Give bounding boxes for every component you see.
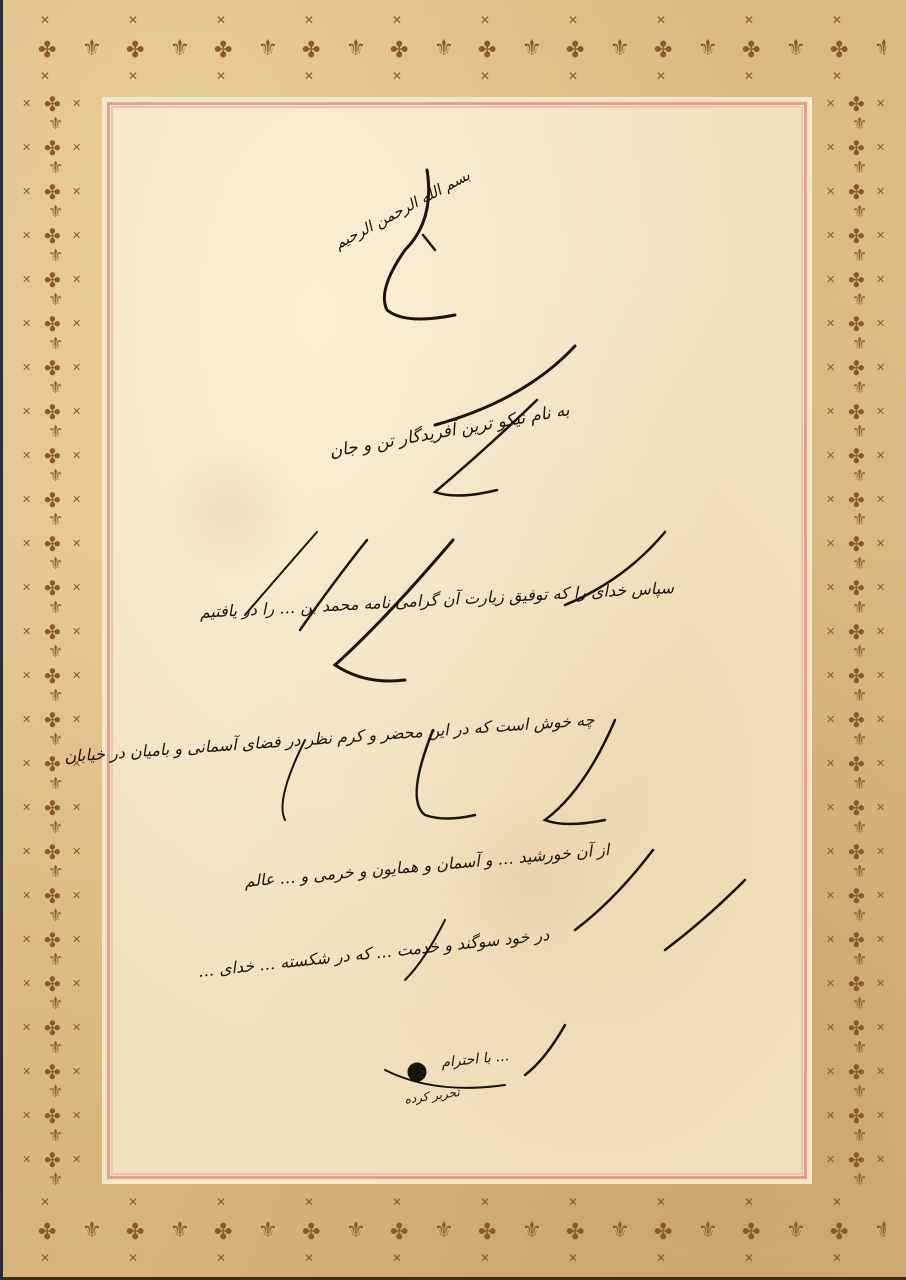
border-cross-icon: ✕ [876, 934, 885, 945]
border-cross-icon: ✕ [22, 142, 31, 153]
border-cross-icon: ✕ [826, 98, 835, 109]
border-cross-icon: ✕ [22, 978, 31, 989]
border-cross-icon: ✕ [22, 494, 31, 505]
border-cross-icon: ✕ [392, 14, 402, 26]
border-flower-icon: ✤ [478, 1222, 496, 1244]
border-cross-icon: ✕ [304, 1196, 314, 1208]
border-flower-icon: ✤ [478, 40, 496, 62]
border-cross-icon: ✕ [826, 890, 835, 901]
border-cross-icon: ✕ [22, 802, 31, 813]
border-fleur-icon: ⚜ [522, 38, 542, 60]
border-fleur-icon: ⚜ [48, 952, 63, 969]
border-cross-icon: ✕ [876, 1110, 885, 1121]
border-cross-icon: ✕ [656, 1252, 666, 1264]
border-cross-icon: ✕ [876, 230, 885, 241]
border-flower-icon: ✤ [44, 710, 61, 730]
border-cross-icon: ✕ [826, 450, 835, 461]
border-cross-icon: ✕ [72, 1110, 81, 1121]
border-fleur-icon: ⚜ [48, 688, 63, 705]
border-cross-icon: ✕ [876, 494, 885, 505]
border-fleur-icon: ⚜ [786, 38, 806, 60]
border-cross-icon: ✕ [72, 450, 81, 461]
border-flower-icon: ✤ [44, 358, 61, 378]
border-fleur-icon: ⚜ [258, 38, 278, 60]
border-cross-icon: ✕ [480, 70, 490, 82]
border-cross-icon: ✕ [22, 758, 31, 769]
border-fleur-icon: ⚜ [48, 1172, 63, 1186]
border-flower-icon: ✤ [848, 754, 865, 774]
decorative-border-right: ✕✤✕⚜✕✤✕⚜✕✤✕⚜✕✤✕⚜✕✤✕⚜✕✤✕⚜✕✤✕⚜✕✤✕⚜✕✤✕⚜✕✤✕⚜… [812, 90, 904, 1186]
border-flower-icon: ✤ [830, 1222, 848, 1244]
border-fleur-icon: ⚜ [48, 1128, 63, 1145]
border-flower-icon: ✤ [44, 930, 61, 950]
border-flower-icon: ✤ [848, 930, 865, 950]
border-cross-icon: ✕ [826, 274, 835, 285]
border-flower-icon: ✤ [44, 666, 61, 686]
border-fleur-icon: ⚜ [434, 1220, 454, 1242]
border-cross-icon: ✕ [22, 582, 31, 593]
border-cross-icon: ✕ [826, 714, 835, 725]
border-cross-icon: ✕ [876, 186, 885, 197]
border-cross-icon: ✕ [480, 1252, 490, 1264]
border-flower-icon: ✤ [44, 842, 61, 862]
border-fleur-icon: ⚜ [852, 820, 867, 837]
border-fleur-icon: ⚜ [852, 424, 867, 441]
border-flower-icon: ✤ [44, 226, 61, 246]
border-fleur-icon: ⚜ [610, 1220, 630, 1242]
border-flower-icon: ✤ [848, 402, 865, 422]
border-fleur-icon: ⚜ [698, 38, 718, 60]
border-cross-icon: ✕ [304, 1252, 314, 1264]
border-cross-icon: ✕ [876, 802, 885, 813]
border-fleur-icon: ⚜ [258, 1220, 278, 1242]
border-flower-icon: ✤ [566, 40, 584, 62]
border-cross-icon: ✕ [656, 14, 666, 26]
border-cross-icon: ✕ [832, 14, 842, 26]
border-cross-icon: ✕ [826, 626, 835, 637]
decorative-border-bottom: ✕✤✕⚜✕✤✕⚜✕✤✕⚜✕✤✕⚜✕✤✕⚜✕✤✕⚜✕✤✕⚜✕✤✕⚜✕✤✕⚜✕✤✕⚜ [20, 1186, 886, 1276]
border-fleur-icon: ⚜ [48, 1040, 63, 1057]
border-flower-icon: ✤ [126, 1222, 144, 1244]
border-flower-icon: ✤ [742, 40, 760, 62]
border-cross-icon: ✕ [72, 142, 81, 153]
border-cross-icon: ✕ [72, 538, 81, 549]
border-cross-icon: ✕ [744, 14, 754, 26]
border-cross-icon: ✕ [22, 406, 31, 417]
border-cross-icon: ✕ [128, 70, 138, 82]
border-flower-icon: ✤ [44, 534, 61, 554]
border-fleur-icon: ⚜ [48, 160, 63, 177]
border-cross-icon: ✕ [72, 98, 81, 109]
border-flower-icon: ✤ [44, 886, 61, 906]
border-cross-icon: ✕ [72, 362, 81, 373]
border-cross-icon: ✕ [216, 1252, 226, 1264]
border-fleur-icon: ⚜ [852, 1172, 867, 1186]
border-fleur-icon: ⚜ [852, 688, 867, 705]
border-cross-icon: ✕ [826, 846, 835, 857]
border-cross-icon: ✕ [72, 274, 81, 285]
border-cross-icon: ✕ [22, 1066, 31, 1077]
border-cross-icon: ✕ [22, 890, 31, 901]
border-cross-icon: ✕ [826, 1022, 835, 1033]
border-cross-icon: ✕ [876, 626, 885, 637]
border-fleur-icon: ⚜ [48, 1084, 63, 1101]
border-fleur-icon: ⚜ [170, 1220, 190, 1242]
border-cross-icon: ✕ [216, 14, 226, 26]
border-fleur-icon: ⚜ [48, 468, 63, 485]
border-fleur-icon: ⚜ [346, 1220, 366, 1242]
border-fleur-icon: ⚜ [48, 424, 63, 441]
border-cross-icon: ✕ [826, 670, 835, 681]
border-cross-icon: ✕ [216, 1196, 226, 1208]
border-cross-icon: ✕ [832, 1252, 842, 1264]
border-cross-icon: ✕ [22, 318, 31, 329]
border-cross-icon: ✕ [22, 274, 31, 285]
border-cross-icon: ✕ [826, 582, 835, 593]
border-fleur-icon: ⚜ [48, 116, 63, 133]
border-flower-icon: ✤ [848, 138, 865, 158]
border-fleur-icon: ⚜ [852, 292, 867, 309]
border-fleur-icon: ⚜ [852, 732, 867, 749]
border-cross-icon: ✕ [40, 14, 50, 26]
border-flower-icon: ✤ [302, 40, 320, 62]
border-fleur-icon: ⚜ [852, 1040, 867, 1057]
border-cross-icon: ✕ [72, 1154, 81, 1165]
border-flower-icon: ✤ [848, 1018, 865, 1038]
border-cross-icon: ✕ [22, 714, 31, 725]
border-fleur-icon: ⚜ [346, 38, 366, 60]
border-flower-icon: ✤ [848, 534, 865, 554]
border-cross-icon: ✕ [72, 186, 81, 197]
border-cross-icon: ✕ [22, 186, 31, 197]
border-cross-icon: ✕ [22, 846, 31, 857]
border-fleur-icon: ⚜ [874, 1220, 886, 1242]
border-fleur-icon: ⚜ [48, 820, 63, 837]
border-cross-icon: ✕ [72, 494, 81, 505]
border-flower-icon: ✤ [848, 94, 865, 114]
border-cross-icon: ✕ [826, 186, 835, 197]
border-flower-icon: ✤ [848, 490, 865, 510]
border-cross-icon: ✕ [826, 758, 835, 769]
decorative-border-left: ✕✤✕⚜✕✤✕⚜✕✤✕⚜✕✤✕⚜✕✤✕⚜✕✤✕⚜✕✤✕⚜✕✤✕⚜✕✤✕⚜✕✤✕⚜… [8, 90, 100, 1186]
border-cross-icon: ✕ [826, 494, 835, 505]
border-fleur-icon: ⚜ [852, 160, 867, 177]
border-fleur-icon: ⚜ [852, 336, 867, 353]
border-flower-icon: ✤ [848, 314, 865, 334]
border-flower-icon: ✤ [38, 40, 56, 62]
border-cross-icon: ✕ [568, 1252, 578, 1264]
border-flower-icon: ✤ [848, 710, 865, 730]
border-fleur-icon: ⚜ [852, 996, 867, 1013]
border-flower-icon: ✤ [742, 1222, 760, 1244]
border-flower-icon: ✤ [848, 182, 865, 202]
border-flower-icon: ✤ [44, 1018, 61, 1038]
border-flower-icon: ✤ [44, 270, 61, 290]
border-flower-icon: ✤ [848, 1150, 865, 1170]
border-flower-icon: ✤ [848, 226, 865, 246]
border-fleur-icon: ⚜ [786, 1220, 806, 1242]
border-flower-icon: ✤ [830, 40, 848, 62]
border-cross-icon: ✕ [826, 362, 835, 373]
border-fleur-icon: ⚜ [852, 908, 867, 925]
border-cross-icon: ✕ [826, 978, 835, 989]
border-flower-icon: ✤ [654, 1222, 672, 1244]
border-flower-icon: ✤ [848, 1106, 865, 1126]
border-flower-icon: ✤ [566, 1222, 584, 1244]
scan-edge [0, 0, 3, 1280]
border-cross-icon: ✕ [876, 1154, 885, 1165]
border-flower-icon: ✤ [848, 1062, 865, 1082]
border-fleur-icon: ⚜ [852, 952, 867, 969]
border-fleur-icon: ⚜ [48, 600, 63, 617]
border-cross-icon: ✕ [744, 70, 754, 82]
border-fleur-icon: ⚜ [48, 908, 63, 925]
border-fleur-icon: ⚜ [852, 644, 867, 661]
border-cross-icon: ✕ [128, 1252, 138, 1264]
border-cross-icon: ✕ [876, 758, 885, 769]
border-fleur-icon: ⚜ [48, 556, 63, 573]
border-cross-icon: ✕ [72, 714, 81, 725]
border-flower-icon: ✤ [44, 1150, 61, 1170]
border-fleur-icon: ⚜ [48, 512, 63, 529]
border-fleur-icon: ⚜ [48, 248, 63, 265]
border-fleur-icon: ⚜ [852, 556, 867, 573]
border-fleur-icon: ⚜ [82, 1220, 102, 1242]
border-cross-icon: ✕ [480, 1196, 490, 1208]
border-fleur-icon: ⚜ [170, 38, 190, 60]
border-flower-icon: ✤ [44, 1062, 61, 1082]
border-cross-icon: ✕ [72, 1066, 81, 1077]
border-flower-icon: ✤ [44, 754, 61, 774]
border-flower-icon: ✤ [44, 798, 61, 818]
border-flower-icon: ✤ [654, 40, 672, 62]
border-cross-icon: ✕ [72, 582, 81, 593]
border-cross-icon: ✕ [744, 1196, 754, 1208]
border-cross-icon: ✕ [826, 406, 835, 417]
border-flower-icon: ✤ [848, 974, 865, 994]
calligraphy-strokes [105, 100, 815, 1187]
border-cross-icon: ✕ [72, 670, 81, 681]
border-cross-icon: ✕ [22, 98, 31, 109]
border-cross-icon: ✕ [72, 1022, 81, 1033]
decorative-border-top: ✕✤✕⚜✕✤✕⚜✕✤✕⚜✕✤✕⚜✕✤✕⚜✕✤✕⚜✕✤✕⚜✕✤✕⚜✕✤✕⚜✕✤✕⚜ [20, 4, 886, 90]
border-fleur-icon: ⚜ [852, 1084, 867, 1101]
border-fleur-icon: ⚜ [48, 776, 63, 793]
border-flower-icon: ✤ [848, 886, 865, 906]
border-flower-icon: ✤ [44, 490, 61, 510]
border-flower-icon: ✤ [848, 358, 865, 378]
border-cross-icon: ✕ [656, 1196, 666, 1208]
border-cross-icon: ✕ [304, 70, 314, 82]
border-flower-icon: ✤ [44, 974, 61, 994]
border-fleur-icon: ⚜ [82, 38, 102, 60]
border-flower-icon: ✤ [848, 666, 865, 686]
border-cross-icon: ✕ [876, 318, 885, 329]
border-cross-icon: ✕ [826, 1110, 835, 1121]
border-flower-icon: ✤ [848, 798, 865, 818]
border-cross-icon: ✕ [392, 1196, 402, 1208]
border-cross-icon: ✕ [876, 142, 885, 153]
border-fleur-icon: ⚜ [852, 776, 867, 793]
border-cross-icon: ✕ [72, 626, 81, 637]
border-flower-icon: ✤ [44, 622, 61, 642]
border-fleur-icon: ⚜ [48, 864, 63, 881]
border-cross-icon: ✕ [656, 70, 666, 82]
border-flower-icon: ✤ [44, 314, 61, 334]
border-fleur-icon: ⚜ [434, 38, 454, 60]
border-cross-icon: ✕ [40, 1252, 50, 1264]
border-flower-icon: ✤ [126, 40, 144, 62]
border-cross-icon: ✕ [568, 70, 578, 82]
border-cross-icon: ✕ [22, 626, 31, 637]
border-cross-icon: ✕ [72, 802, 81, 813]
border-cross-icon: ✕ [480, 14, 490, 26]
border-cross-icon: ✕ [876, 274, 885, 285]
border-flower-icon: ✤ [44, 1106, 61, 1126]
border-cross-icon: ✕ [72, 318, 81, 329]
border-cross-icon: ✕ [876, 978, 885, 989]
border-flower-icon: ✤ [44, 446, 61, 466]
border-flower-icon: ✤ [390, 1222, 408, 1244]
border-flower-icon: ✤ [214, 1222, 232, 1244]
border-cross-icon: ✕ [128, 14, 138, 26]
manuscript-page: ✕✤✕⚜✕✤✕⚜✕✤✕⚜✕✤✕⚜✕✤✕⚜✕✤✕⚜✕✤✕⚜✕✤✕⚜✕✤✕⚜✕✤✕⚜… [0, 0, 906, 1280]
border-cross-icon: ✕ [72, 978, 81, 989]
border-fleur-icon: ⚜ [852, 116, 867, 133]
border-cross-icon: ✕ [568, 1196, 578, 1208]
border-cross-icon: ✕ [22, 538, 31, 549]
border-cross-icon: ✕ [826, 934, 835, 945]
border-fleur-icon: ⚜ [852, 468, 867, 485]
border-flower-icon: ✤ [44, 138, 61, 158]
border-cross-icon: ✕ [22, 450, 31, 461]
border-cross-icon: ✕ [876, 406, 885, 417]
border-cross-icon: ✕ [128, 1196, 138, 1208]
border-cross-icon: ✕ [876, 362, 885, 373]
border-fleur-icon: ⚜ [852, 600, 867, 617]
border-cross-icon: ✕ [72, 230, 81, 241]
border-cross-icon: ✕ [876, 582, 885, 593]
border-cross-icon: ✕ [22, 1022, 31, 1033]
border-fleur-icon: ⚜ [852, 1128, 867, 1145]
border-flower-icon: ✤ [214, 40, 232, 62]
border-flower-icon: ✤ [302, 1222, 320, 1244]
border-cross-icon: ✕ [22, 1154, 31, 1165]
border-cross-icon: ✕ [876, 714, 885, 725]
border-flower-icon: ✤ [38, 1222, 56, 1244]
border-fleur-icon: ⚜ [48, 292, 63, 309]
border-cross-icon: ✕ [876, 450, 885, 461]
border-fleur-icon: ⚜ [852, 380, 867, 397]
border-cross-icon: ✕ [826, 318, 835, 329]
border-cross-icon: ✕ [568, 14, 578, 26]
border-cross-icon: ✕ [72, 846, 81, 857]
border-fleur-icon: ⚜ [698, 1220, 718, 1242]
border-cross-icon: ✕ [876, 538, 885, 549]
border-cross-icon: ✕ [826, 230, 835, 241]
border-fleur-icon: ⚜ [48, 204, 63, 221]
border-fleur-icon: ⚜ [48, 996, 63, 1013]
border-cross-icon: ✕ [876, 1066, 885, 1077]
border-fleur-icon: ⚜ [852, 248, 867, 265]
border-cross-icon: ✕ [40, 70, 50, 82]
border-flower-icon: ✤ [390, 40, 408, 62]
border-flower-icon: ✤ [44, 578, 61, 598]
border-fleur-icon: ⚜ [874, 38, 886, 60]
border-cross-icon: ✕ [216, 70, 226, 82]
border-cross-icon: ✕ [744, 1252, 754, 1264]
border-flower-icon: ✤ [848, 270, 865, 290]
border-flower-icon: ✤ [848, 578, 865, 598]
border-fleur-icon: ⚜ [852, 864, 867, 881]
border-cross-icon: ✕ [22, 934, 31, 945]
border-cross-icon: ✕ [876, 1022, 885, 1033]
border-cross-icon: ✕ [72, 890, 81, 901]
border-cross-icon: ✕ [72, 934, 81, 945]
border-fleur-icon: ⚜ [48, 380, 63, 397]
border-cross-icon: ✕ [40, 1196, 50, 1208]
border-flower-icon: ✤ [848, 622, 865, 642]
border-cross-icon: ✕ [826, 802, 835, 813]
border-fleur-icon: ⚜ [852, 512, 867, 529]
border-cross-icon: ✕ [22, 1110, 31, 1121]
border-cross-icon: ✕ [22, 362, 31, 373]
border-flower-icon: ✤ [44, 94, 61, 114]
border-cross-icon: ✕ [876, 670, 885, 681]
border-flower-icon: ✤ [848, 842, 865, 862]
border-cross-icon: ✕ [826, 1066, 835, 1077]
border-cross-icon: ✕ [826, 142, 835, 153]
border-cross-icon: ✕ [392, 70, 402, 82]
border-fleur-icon: ⚜ [48, 732, 63, 749]
border-cross-icon: ✕ [826, 538, 835, 549]
calligraphy-panel: بسم الله الرحمن الرحیم به نام نیکو ترین … [102, 97, 812, 1184]
border-flower-icon: ✤ [44, 182, 61, 202]
border-cross-icon: ✕ [832, 1196, 842, 1208]
border-cross-icon: ✕ [392, 1252, 402, 1264]
border-fleur-icon: ⚜ [610, 38, 630, 60]
border-cross-icon: ✕ [22, 670, 31, 681]
border-cross-icon: ✕ [832, 70, 842, 82]
border-cross-icon: ✕ [826, 1154, 835, 1165]
border-fleur-icon: ⚜ [522, 1220, 542, 1242]
border-cross-icon: ✕ [876, 890, 885, 901]
border-flower-icon: ✤ [44, 402, 61, 422]
border-cross-icon: ✕ [876, 846, 885, 857]
border-fleur-icon: ⚜ [852, 204, 867, 221]
border-cross-icon: ✕ [72, 406, 81, 417]
border-fleur-icon: ⚜ [48, 336, 63, 353]
border-cross-icon: ✕ [304, 14, 314, 26]
border-fleur-icon: ⚜ [48, 644, 63, 661]
border-flower-icon: ✤ [848, 446, 865, 466]
border-cross-icon: ✕ [22, 230, 31, 241]
border-cross-icon: ✕ [876, 98, 885, 109]
